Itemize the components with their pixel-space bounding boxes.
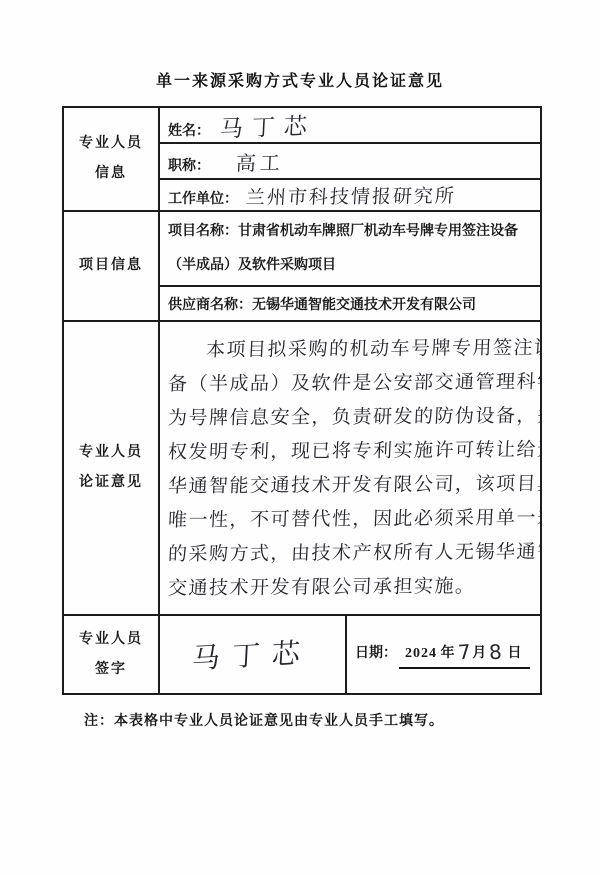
section-header-opinion: 专业人员 论证意见 — [63, 321, 159, 615]
section-header-line: 专业人员 — [72, 625, 150, 655]
opinion-line: 唯一性，不可替代性，因此必须采用单一来源 — [167, 501, 533, 538]
table-row: 专业人员 论证意见 本项目拟采购的机动车号牌专用签注设 备（半成品）及软件是公安… — [63, 321, 541, 615]
supplier-label: 供应商名称： — [168, 298, 252, 313]
section-header-line: 信息 — [72, 159, 150, 189]
table-row: 专业人员 信息 姓名：马丁芯 — [63, 107, 541, 143]
signature-handwritten-value: 马丁芯 — [191, 631, 313, 678]
section-header-project-info: 项目信息 — [63, 211, 159, 321]
section-header-line: 签字 — [72, 655, 150, 685]
scanned-form-page: 单一来源采购方式专业人员论证意见 专业人员 信息 姓名：马丁芯 职称：高工 工作… — [0, 0, 600, 875]
opinion-line: 交通技术开发有限公司承担实施。 — [167, 569, 533, 606]
work-unit-label: 工作单位： — [168, 192, 238, 207]
date-year-unit: 年 — [441, 646, 456, 661]
name-label: 姓名： — [168, 124, 210, 139]
date-day-handwritten: 8 — [488, 640, 502, 665]
project-name-field-cell: 项目名称：甘肃省机动车牌照厂机动车号牌专用签注设备 （半成品）及软件采购项目 — [159, 211, 541, 286]
opinion-line: 备（半成品）及软件是公安部交通管理科学研究所 — [167, 365, 533, 402]
supplier-value: 无锡华通智能交通技术开发有限公司 — [252, 298, 476, 313]
work-unit-field-cell: 工作单位：兰州市科技情报研究所 — [159, 179, 541, 211]
opinion-handwritten-cell: 本项目拟采购的机动车号牌专用签注设 备（半成品）及软件是公安部交通管理科学研究所… — [159, 321, 541, 615]
work-unit-handwritten-value: 兰州市科技情报研究所 — [245, 181, 457, 210]
opinion-line: 华通智能交通技术开发有限公司，该项目具有 — [167, 467, 533, 504]
signature-handwritten-cell: 马丁芯 — [159, 615, 346, 694]
date-month-unit: 月 — [472, 646, 487, 661]
supplier-field-cell: 供应商名称：无锡华通智能交通技术开发有限公司 — [159, 286, 541, 321]
section-header-line: 专业人员 — [72, 438, 150, 468]
form-table: 专业人员 信息 姓名：马丁芯 职称：高工 工作单位：兰州市科技情报研究所 项目信… — [62, 106, 542, 695]
table-row: 项目信息 项目名称：甘肃省机动车牌照厂机动车号牌专用签注设备 （半成品）及软件采… — [63, 211, 541, 286]
name-field-cell: 姓名：马丁芯 — [159, 107, 541, 143]
section-header-signature: 专业人员 签字 — [63, 615, 159, 694]
project-name-label: 项目名称： — [168, 224, 238, 239]
job-title-label: 职称： — [168, 159, 210, 174]
project-name-value-line2: （半成品）及软件采购项目 — [168, 258, 336, 273]
opinion-line: 的采购方式，由技术产权所有人无锡华通智能 — [167, 535, 533, 572]
date-field-cell: 日期：2024 年7月8 日 — [346, 615, 541, 694]
project-name-value-line1: 甘肃省机动车牌照厂机动车号牌专用签注设备 — [238, 224, 518, 239]
table-row: 专业人员 签字 马丁芯 日期：2024 年7月8 日 — [63, 615, 541, 694]
date-day-unit: 日 — [507, 646, 522, 661]
section-header-line: 论证意见 — [72, 468, 150, 498]
job-title-field-cell: 职称：高工 — [159, 143, 541, 179]
opinion-line: 为号牌信息安全，负责研发的防伪设备，并获得已授 — [167, 399, 533, 436]
date-label: 日期： — [355, 646, 397, 661]
date-month-handwritten: 7 — [457, 640, 471, 665]
footnote: 注：本表格中专业人员论证意见由专业人员手工填写。 — [84, 710, 600, 730]
job-title-handwritten-value: 高工 — [235, 146, 285, 176]
section-header-line: 项目信息 — [72, 251, 150, 281]
opinion-line: 本项目拟采购的机动车号牌专用签注设 — [167, 331, 533, 368]
section-header-line: 专业人员 — [72, 129, 150, 159]
section-header-personnel-info: 专业人员 信息 — [63, 107, 159, 211]
page-title: 单一来源采购方式专业人员论证意见 — [0, 0, 600, 91]
opinion-line: 权发明专利，现已将专利实施许可转让给无锡 — [167, 433, 533, 470]
name-handwritten-value: 马丁芯 — [219, 107, 317, 143]
date-underlined-value: 2024 年7月8 日 — [399, 640, 530, 669]
date-year: 2024 — [405, 646, 437, 661]
